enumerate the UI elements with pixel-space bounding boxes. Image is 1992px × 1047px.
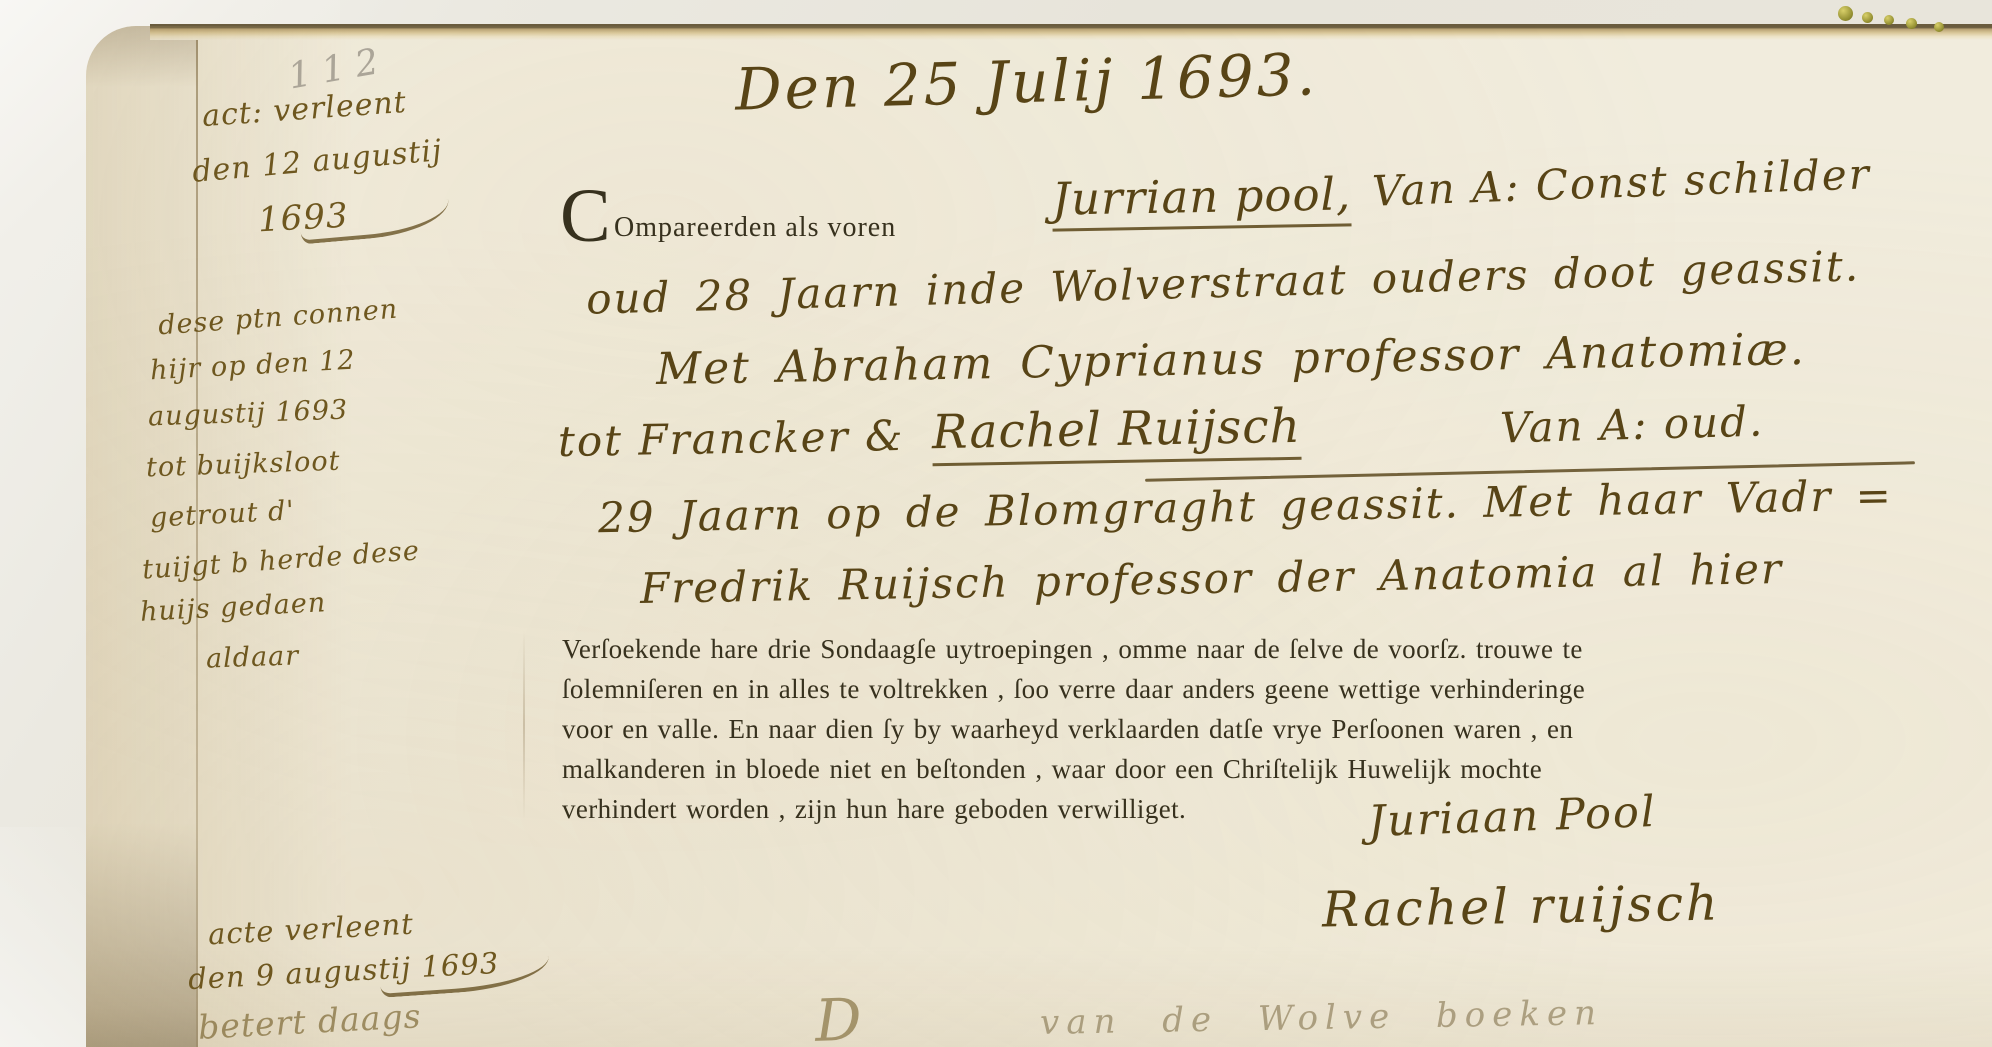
gilt-bead-icon	[1934, 22, 1944, 32]
next-entry-partial-flourish: D	[814, 985, 864, 1047]
scanned-register-page: 112 act: verleent den 12 augustij 1693 d…	[0, 0, 1992, 1047]
margin-note-mid-line8: aldaar	[205, 640, 299, 674]
book-top-edge	[150, 24, 1992, 40]
groom-name-underlined: Jurrian pool,	[1052, 167, 1352, 231]
page-left-edge-line	[196, 40, 198, 1047]
groom-signature: Juriaan Pool	[1367, 787, 1657, 847]
groom-name-handwritten: Jurrian pool,	[1052, 167, 1352, 225]
gilt-bead-icon	[1884, 15, 1894, 25]
gilt-bead-icon	[1906, 18, 1917, 29]
printed-paragraph-line3: voor en valle. En naar dien ſy by waarhe…	[562, 714, 1573, 745]
page-crease	[523, 630, 525, 820]
bride-name-handwritten: Rachel Ruijsch	[932, 399, 1302, 460]
printed-paragraph-line4: malkanderen in bloede niet en beſtonden …	[562, 754, 1542, 785]
entry-line4-lead: tot Francker &	[558, 411, 905, 466]
printed-initial-letter: C	[560, 178, 611, 254]
bride-name-underlined: Rachel Ruijsch	[932, 399, 1302, 466]
book-fore-edge-shadow	[86, 26, 198, 1047]
gilt-bead-icon	[1862, 12, 1873, 23]
gilt-bead-icon	[1838, 6, 1853, 21]
printed-paragraph-line5: verhindert worden , zijn hun hare gebode…	[562, 794, 1186, 825]
printed-lead-text: Ompareerden als voren	[614, 212, 896, 244]
bride-signature: Rachel ruijsch	[1322, 875, 1721, 939]
entry-line4-tail: Van A: oud.	[1499, 397, 1765, 453]
printed-paragraph-line2: ſolemniſeren en in alles te voltrekken ,…	[562, 674, 1585, 705]
printed-paragraph-line1: Verſoekende hare drie Sondaagſe uytroepi…	[562, 634, 1583, 665]
